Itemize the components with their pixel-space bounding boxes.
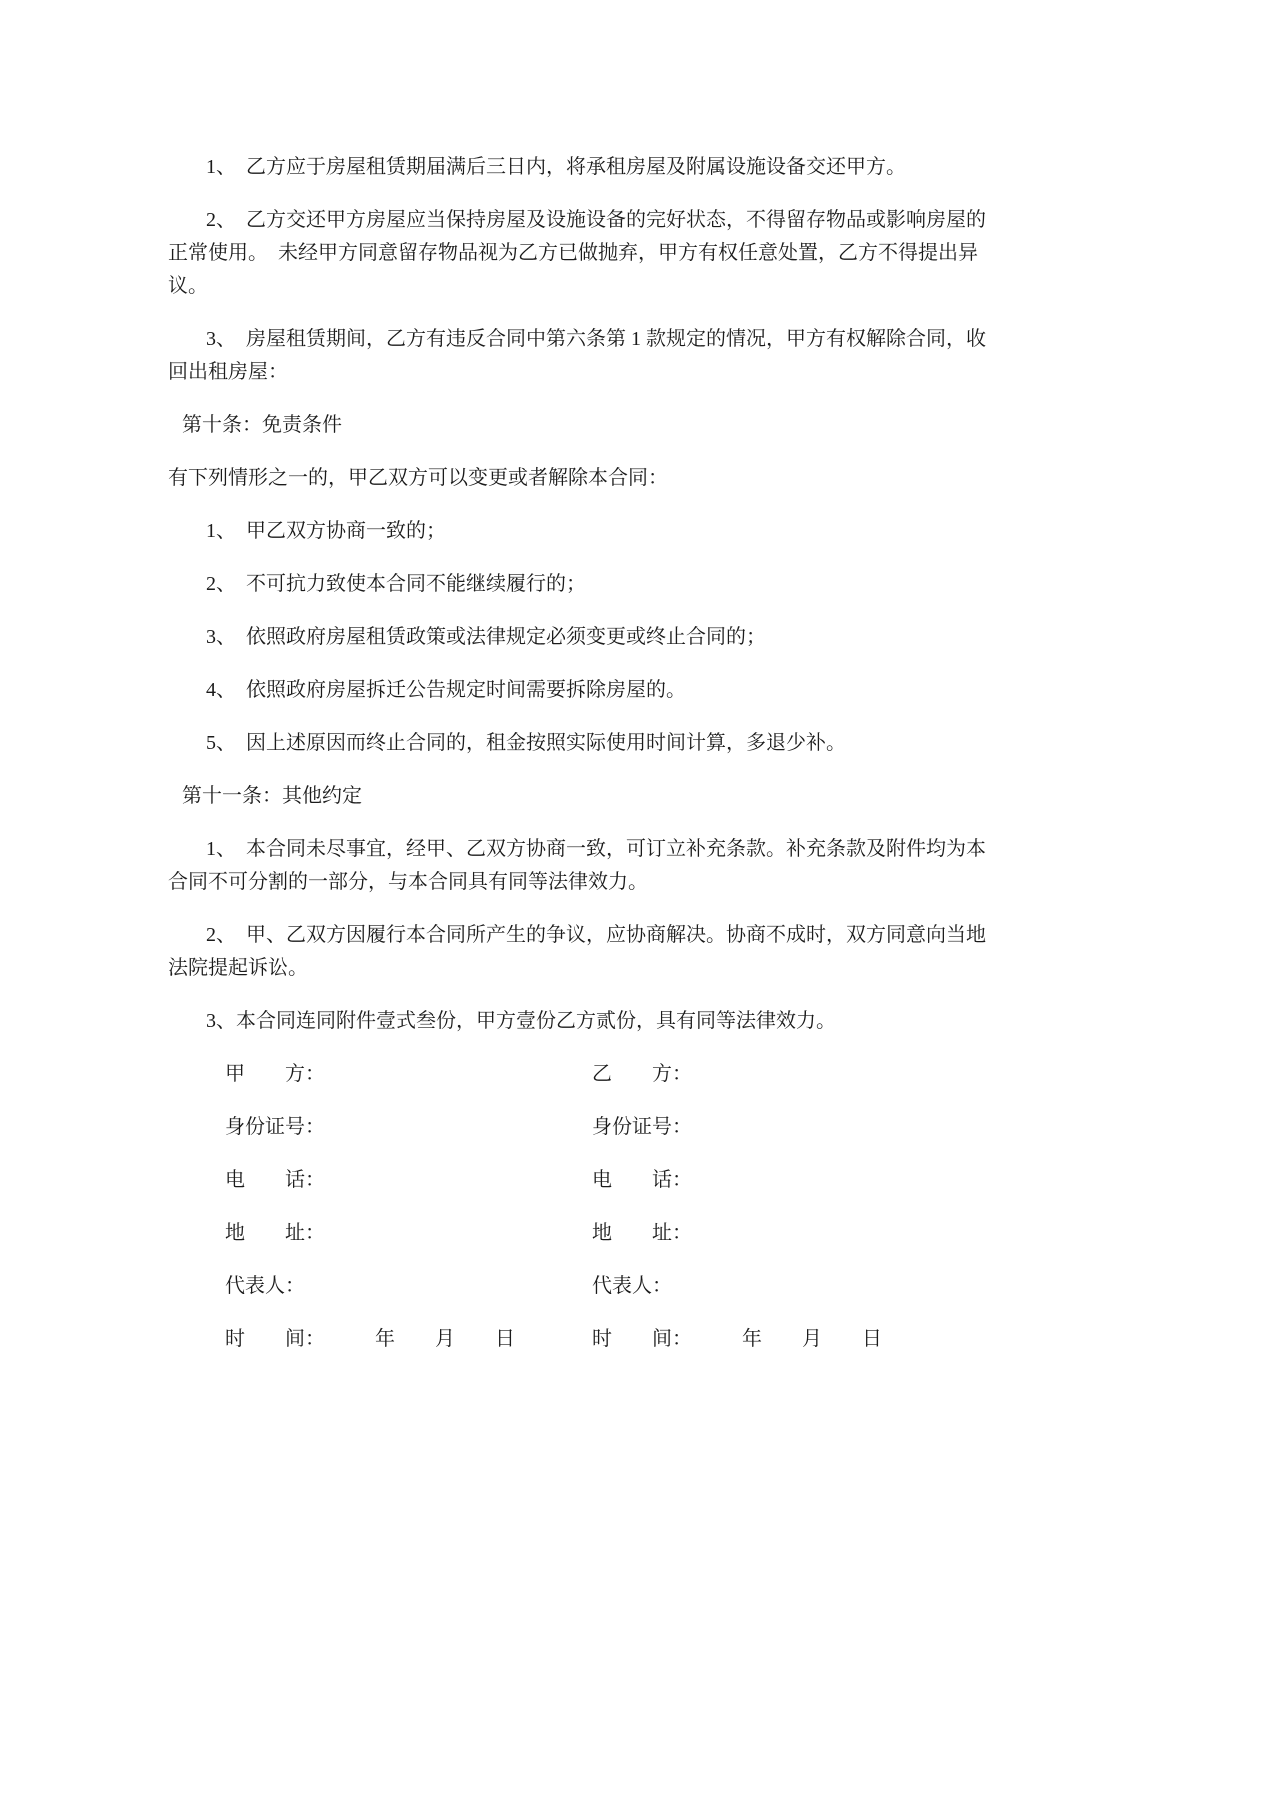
- signature-row-party: 甲 方： 乙 方：: [225, 1058, 1280, 1091]
- clause-return-item-2: 2、 乙方交还甲方房屋应当保持房屋及设施设备的完好状态，不得留存物品或影响房屋的…: [168, 204, 988, 303]
- signature-row-phone: 电 话： 电 话：: [225, 1164, 1280, 1197]
- signature-row-representative: 代表人： 代表人：: [225, 1270, 1280, 1303]
- signature-row-address: 地 址： 地 址：: [225, 1217, 1280, 1250]
- party-a-name-label: 甲 方：: [225, 1058, 592, 1091]
- party-b-address-label: 地 址：: [592, 1217, 692, 1250]
- party-b-date-label: 时 间： 年 月 日: [592, 1323, 882, 1356]
- article-10-item-1: 1、 甲乙双方协商一致的；: [168, 515, 988, 548]
- article-11-item-2: 2、 甲、乙双方因履行本合同所产生的争议，应协商解决。协商不成时，双方同意向当地…: [168, 919, 988, 985]
- signature-row-id-number: 身份证号： 身份证号：: [225, 1111, 1280, 1144]
- article-10-item-3: 3、 依照政府房屋租赁政策或法律规定必须变更或终止合同的；: [168, 621, 988, 654]
- article-10-item-5: 5、 因上述原因而终止合同的，租金按照实际使用时间计算，多退少补。: [168, 727, 988, 760]
- party-a-date-label: 时 间： 年 月 日: [225, 1323, 592, 1356]
- signature-block: 甲 方： 乙 方： 身份证号： 身份证号： 电 话： 电 话： 地 址： 地 址…: [168, 1058, 1280, 1356]
- signature-row-date: 时 间： 年 月 日 时 间： 年 月 日: [225, 1323, 1280, 1356]
- article-10-heading: 第十条：免责条件: [168, 409, 988, 442]
- party-b-id-label: 身份证号：: [592, 1111, 692, 1144]
- party-a-phone-label: 电 话：: [225, 1164, 592, 1197]
- party-a-address-label: 地 址：: [225, 1217, 592, 1250]
- party-b-representative-label: 代表人：: [592, 1270, 672, 1303]
- party-b-phone-label: 电 话：: [592, 1164, 692, 1197]
- article-10-item-2: 2、 不可抗力致使本合同不能继续履行的；: [168, 568, 988, 601]
- article-11-heading: 第十一条：其他约定: [168, 780, 988, 813]
- clause-return-item-1: 1、 乙方应于房屋租赁期届满后三日内，将承租房屋及附属设施设备交还甲方。: [168, 151, 988, 184]
- article-11-item-1: 1、 本合同未尽事宜，经甲、乙双方协商一致，可订立补充条款。补充条款及附件均为本…: [168, 833, 988, 899]
- party-a-representative-label: 代表人：: [225, 1270, 592, 1303]
- clause-return-item-3: 3、 房屋租赁期间，乙方有违反合同中第六条第 1 款规定的情况，甲方有权解除合同…: [168, 323, 988, 389]
- article-11-item-3: 3、本合同连同附件壹式叁份，甲方壹份乙方贰份，具有同等法律效力。: [168, 1005, 988, 1038]
- article-10-item-4: 4、 依照政府房屋拆迁公告规定时间需要拆除房屋的。: [168, 674, 988, 707]
- contract-page: 1、 乙方应于房屋租赁期届满后三日内，将承租房屋及附属设施设备交还甲方。 2、 …: [0, 0, 1280, 1810]
- party-b-name-label: 乙 方：: [592, 1058, 692, 1091]
- party-a-id-label: 身份证号：: [225, 1111, 592, 1144]
- article-10-intro: 有下列情形之一的，甲乙双方可以变更或者解除本合同：: [168, 462, 988, 495]
